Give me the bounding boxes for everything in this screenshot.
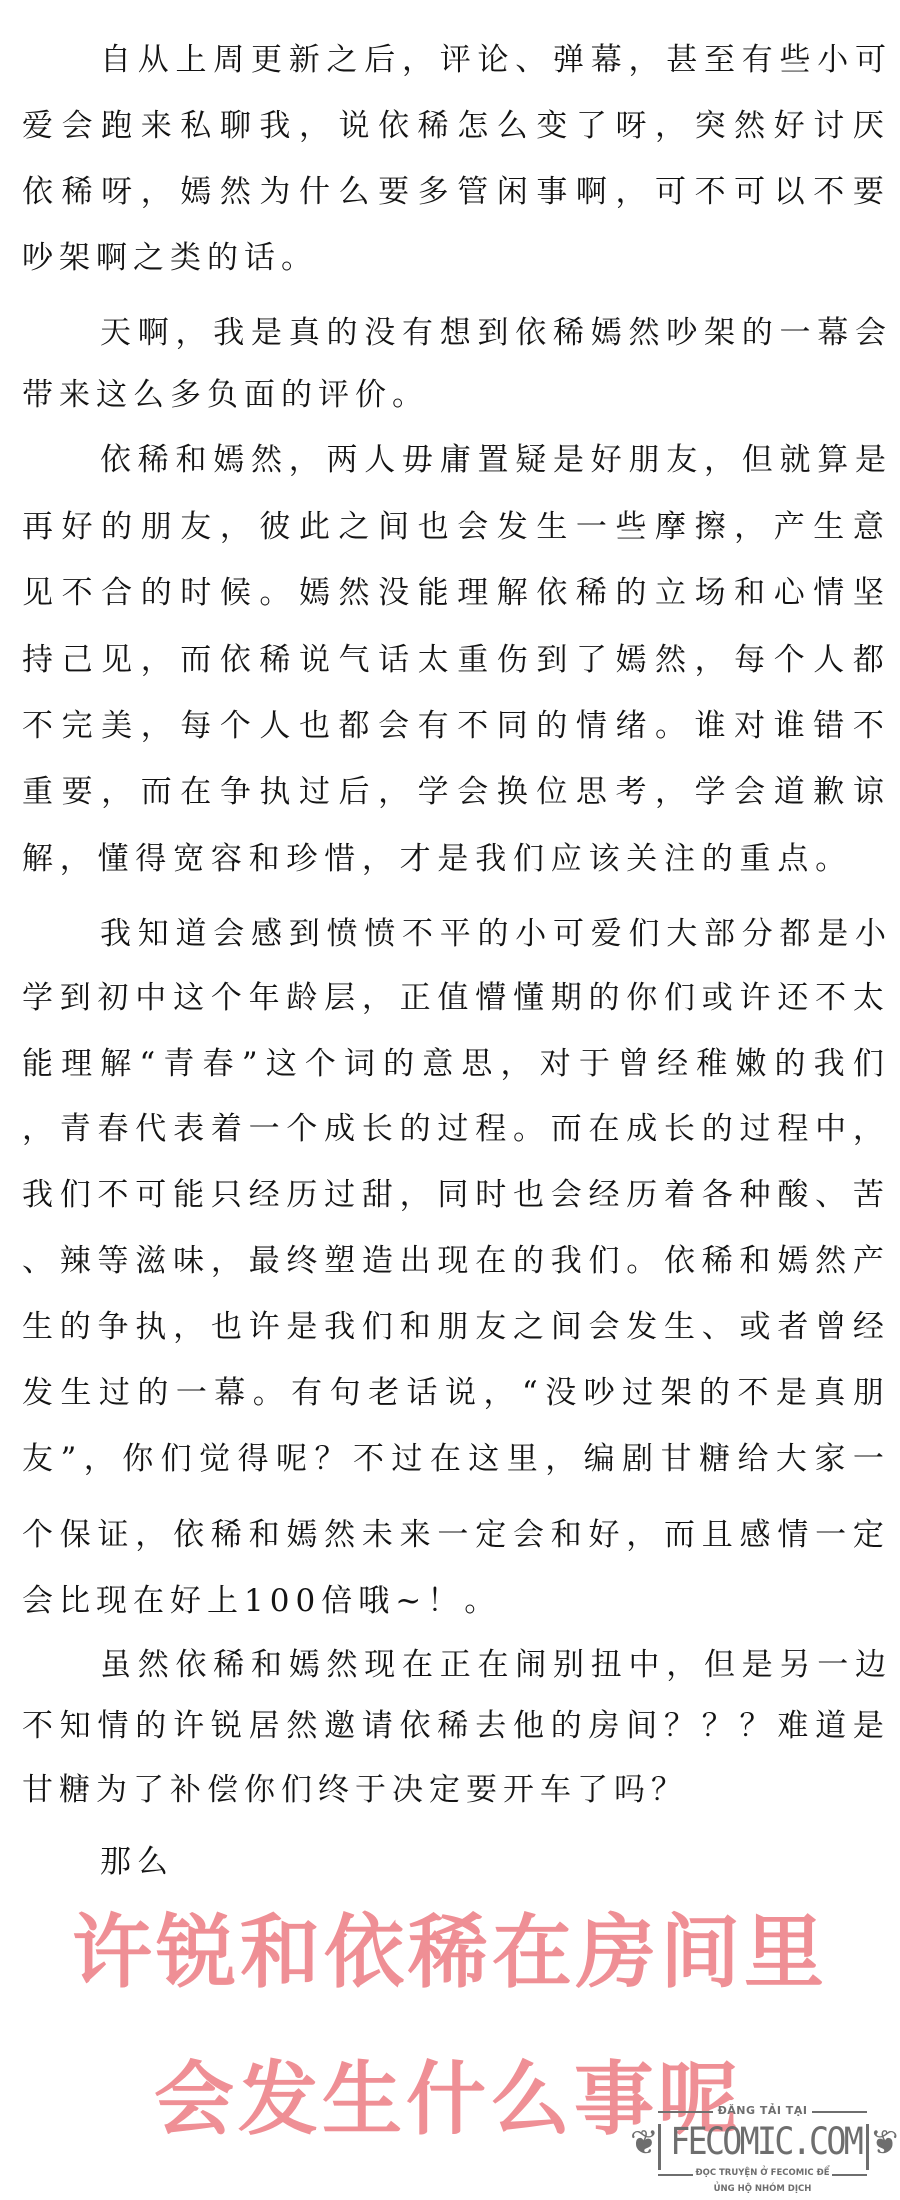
scroll-ornament-icon: ❦ xyxy=(630,2126,659,2160)
watermark-brand: FECOMIC.COM xyxy=(670,2120,855,2164)
fecomic-watermark: ĐĂNG TẢI TẠI ❦ FECOMIC.COM ❦ ĐỌC TRUYỆN … xyxy=(630,2104,895,2198)
text-line: 会比现在好上100倍哦~！。 xyxy=(22,1581,501,1621)
divider xyxy=(866,2124,869,2170)
text-line: 我们不可能只经历过甜，同时也会经历着各种酸、苦 xyxy=(22,1175,884,1215)
watermark-subtitle-2: ỦNG HỘ NHÓM DỊCH xyxy=(630,2184,895,2194)
divider xyxy=(812,2111,867,2113)
text-line: 再好的朋友，彼此之间也会发生一些摩擦，产生意 xyxy=(22,507,884,547)
text-line: 爱会跑来私聊我，说依稀怎么变了呀，突然好讨厌 xyxy=(22,106,884,146)
text-line: 依稀呀，嫣然为什么要多管闲事啊，可不可以不要 xyxy=(22,172,884,212)
watermark-subtitle: ĐỌC TRUYỆN Ở FECOMIC ĐỂ xyxy=(630,2168,895,2178)
text-line: 天啊，我是真的没有想到依稀嫣然吵架的一幕会 xyxy=(100,313,886,353)
text-line: 发生过的一幕。有句老话说，“没吵过架的不是真朋 xyxy=(22,1373,884,1413)
text-line: 学到初中这个年龄层，正值懵懂期的你们或许还不太 xyxy=(22,978,884,1018)
text-line: 甘糖为了补偿你们终于决定要开车了吗？ xyxy=(22,1770,688,1810)
text-line: 持己见，而依稀说气话太重伤到了嫣然，每个人都 xyxy=(22,640,884,680)
text-line: 能理解“青春”这个词的意思，对于曾经稚嫩的我们 xyxy=(22,1044,884,1084)
text-line: 个保证，依稀和嫣然未来一定会和好，而且感情一定 xyxy=(22,1515,884,1555)
scroll-ornament-icon: ❦ xyxy=(870,2126,899,2160)
text-line: 不知情的许锐居然邀请依稀去他的房间？？？难道是 xyxy=(22,1706,884,1746)
text-line: 生的争执，也许是我们和朋友之间会发生、或者曾经 xyxy=(22,1307,884,1347)
headline-line-1: 许锐和依稀在房间里 xyxy=(0,1908,900,1998)
text-line: 见不合的时候。嫣然没能理解依稀的立场和心情坚 xyxy=(22,573,884,613)
divider xyxy=(832,2174,867,2176)
divider xyxy=(658,2124,661,2170)
document-page: 自从上周更新之后，评论、弹幕，甚至有些小可 爱会跑来私聊我，说依稀怎么变了呀，突… xyxy=(0,0,900,2200)
text-line: 友”，你们觉得呢？不过在这里，编剧甘糖给大家一 xyxy=(22,1439,884,1479)
text-line: 、辣等滋味，最终塑造出现在的我们。依稀和嫣然产 xyxy=(22,1241,884,1281)
text-line: 虽然依稀和嫣然现在正在闹别扭中，但是另一边 xyxy=(100,1645,886,1685)
text-line: 不完美，每个人也都会有不同的情绪。谁对谁错不 xyxy=(22,706,884,746)
text-line: 解，懂得宽容和珍惜，才是我们应该关注的重点。 xyxy=(22,839,884,879)
text-line: ，青春代表着一个成长的过程。而在成长的过程中， xyxy=(22,1109,884,1149)
text-line: 重要，而在争执过后，学会换位思考，学会道歉谅 xyxy=(22,772,884,812)
text-line: 吵架啊之类的话。 xyxy=(22,238,318,278)
text-line: 带来这么多负面的评价。 xyxy=(22,375,429,415)
text-line: 依稀和嫣然，两人毋庸置疑是好朋友，但就算是 xyxy=(100,440,886,480)
text-line: 我知道会感到愤愤不平的小可爱们大部分都是小 xyxy=(100,914,886,954)
text-line: 自从上周更新之后，评论、弹幕，甚至有些小可 xyxy=(100,40,886,80)
text-line: 那么 xyxy=(100,1842,174,1882)
